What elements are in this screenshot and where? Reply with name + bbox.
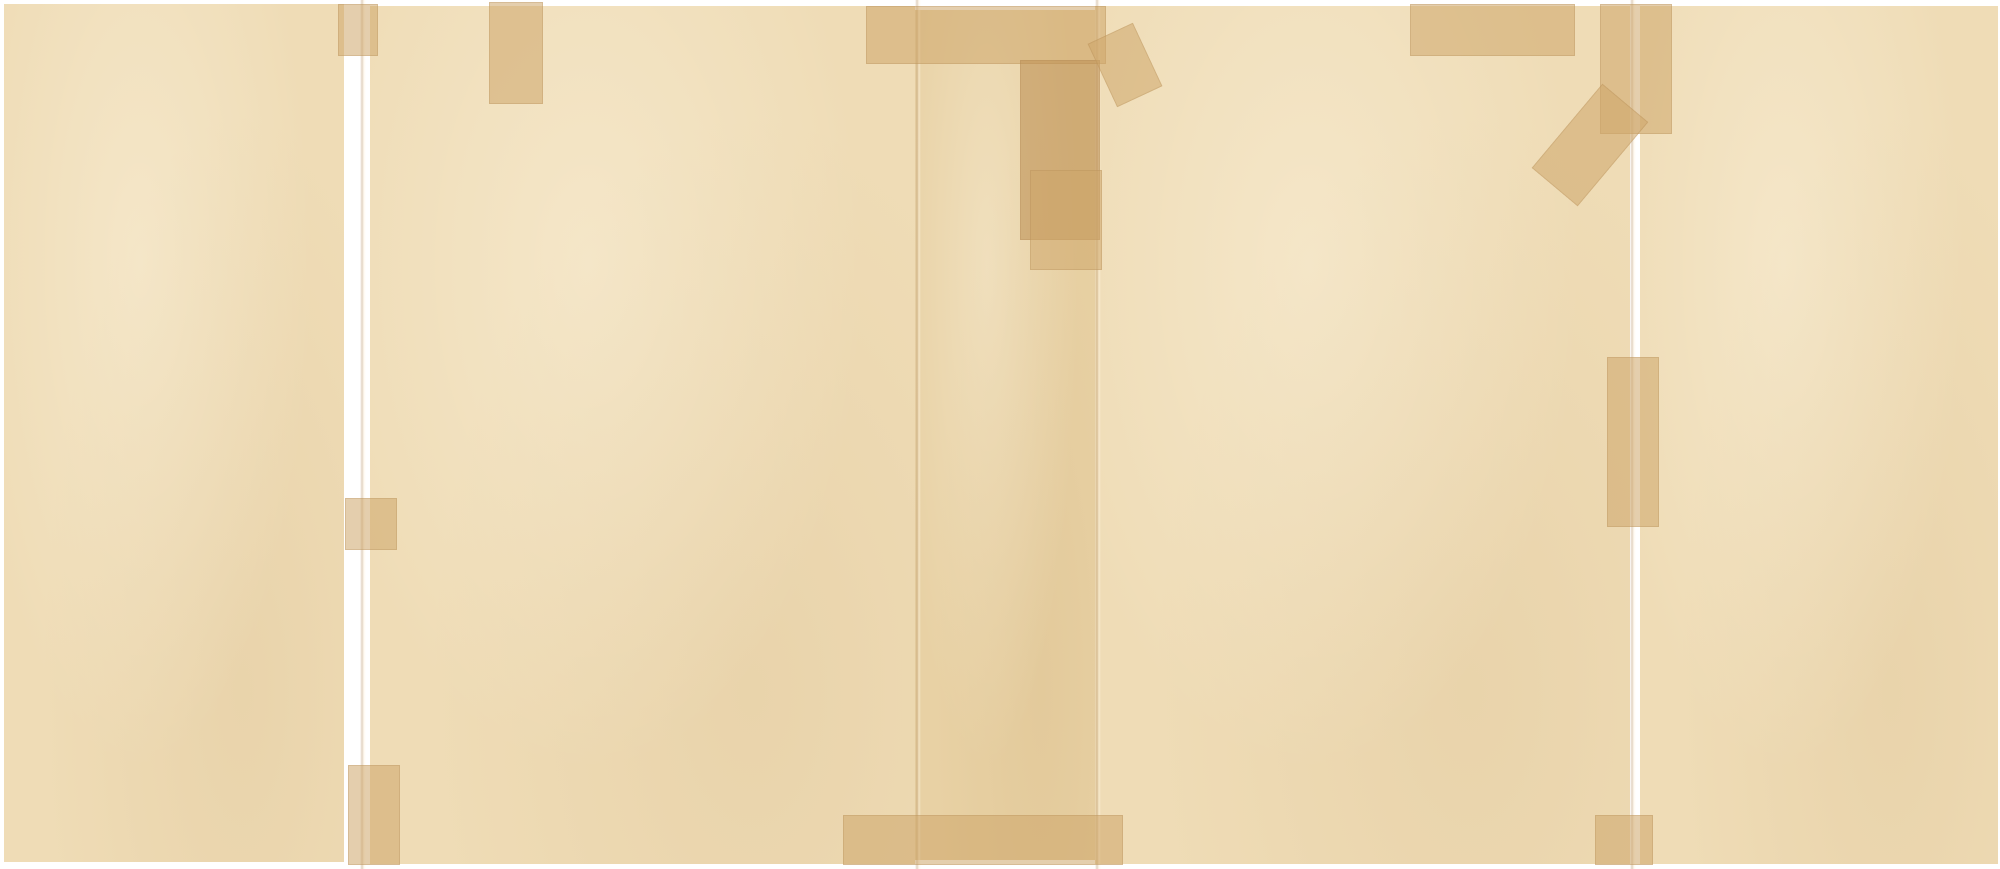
- fold-line: [360, 0, 366, 869]
- tape-strip: [1595, 815, 1653, 865]
- tape-strip: [338, 4, 378, 56]
- tape-strip: [1410, 4, 1575, 56]
- tape-strip: [348, 765, 400, 865]
- tape-strip: [1607, 357, 1659, 527]
- tape-strip: [345, 498, 397, 550]
- scanned-paper-sheet: [0, 0, 2000, 869]
- bleed-through-text: [50, 60, 310, 760]
- tape-strip: [843, 815, 1123, 865]
- tape-strip: [866, 6, 1106, 64]
- back-cover-panel: [370, 6, 915, 864]
- fold-line: [915, 0, 921, 869]
- front-cover-panel: [1095, 6, 1630, 864]
- tape-strip: [489, 2, 543, 104]
- tape-strip: [1030, 170, 1102, 270]
- right-flap-panel: [1640, 6, 1998, 864]
